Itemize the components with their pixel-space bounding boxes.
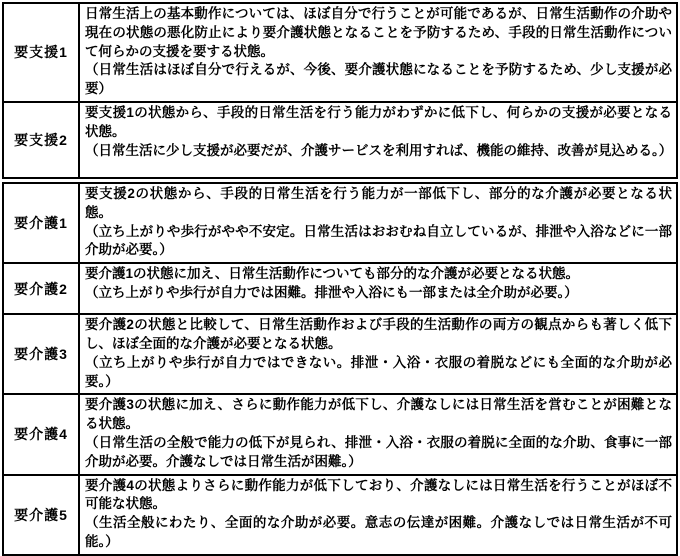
level-label: 要介護4 [4, 395, 80, 473]
level-label: 要介護5 [4, 476, 80, 554]
level-note: （立ち上がりや歩行が自力ではできない。排泄・入浴・衣服の着脱などにも全面的な介助… [85, 354, 672, 392]
level-description: 要支援1の状態から、手段的日常生活を行う能力がわずかに低下し、何らかの支援が必要… [85, 104, 672, 142]
level-note: （日常生活に少し支援が必要だが、介護サービスを利用すれば、機能の維持、改善が見込… [85, 142, 672, 161]
level-label: 要介護3 [4, 315, 80, 393]
level-label: 要介護1 [4, 184, 80, 262]
level-description-cell: 要介護3の状態に加え、さらに動作能力が低下し、介護なしには日常生活を営むことが困… [80, 395, 676, 473]
level-description: 要支援2の状態から、手段的日常生活を行う能力が一部低下し、部分的な介護が必要とな… [85, 185, 672, 223]
level-description-cell: 要介護2の状態と比較して、日常生活動作および手段的生活動作の両方の観点からも著し… [80, 315, 676, 393]
level-note: （生活全般にわたり、全面的な介助が必要。意志の伝達が困難。介護なしでは日常生活が… [85, 514, 672, 552]
level-description: 要介護2の状態と比較して、日常生活動作および手段的生活動作の両方の観点からも著し… [85, 316, 672, 354]
level-description-cell: 要介護4の状態よりさらに動作能力が低下しており、介護なしには日常生活を行うことが… [80, 476, 676, 554]
table-row: 要支援1 日常生活上の基本動作については、ほぼ自分で行うことが可能であるが、日常… [4, 4, 676, 101]
level-description: 日常生活上の基本動作については、ほぼ自分で行うことが可能であるが、日常生活動作の… [85, 5, 672, 61]
care-level-section: 要介護1 要支援2の状態から、手段的日常生活を行う能力が一部低下し、部分的な介護… [2, 182, 678, 556]
care-level-table-page: 要支援1 日常生活上の基本動作については、ほぼ自分で行うことが可能であるが、日常… [2, 2, 678, 556]
level-description-cell: 日常生活上の基本動作については、ほぼ自分で行うことが可能であるが、日常生活動作の… [80, 4, 676, 101]
level-description: 要介護3の状態に加え、さらに動作能力が低下し、介護なしには日常生活を営むことが困… [85, 396, 672, 434]
table-row: 要介護2 要介護1の状態に加え、日常生活動作についても部分的な介護が必要となる状… [4, 262, 676, 313]
table-row: 要介護1 要支援2の状態から、手段的日常生活を行う能力が一部低下し、部分的な介護… [4, 184, 676, 262]
table-row: 要支援2 要支援1の状態から、手段的日常生活を行う能力がわずかに低下し、何らかの… [4, 101, 676, 177]
level-label: 要支援2 [4, 103, 80, 177]
level-description-cell: 要支援2の状態から、手段的日常生活を行う能力が一部低下し、部分的な介護が必要とな… [80, 184, 676, 262]
table-row: 要介護4 要介護3の状態に加え、さらに動作能力が低下し、介護なしには日常生活を営… [4, 393, 676, 473]
level-description: 要介護1の状態に加え、日常生活動作についても部分的な介護が必要となる状態。 [85, 265, 672, 284]
support-level-section: 要支援1 日常生活上の基本動作については、ほぼ自分で行うことが可能であるが、日常… [2, 2, 678, 179]
table-row: 要介護3 要介護2の状態と比較して、日常生活動作および手段的生活動作の両方の観点… [4, 313, 676, 393]
table-row: 要介護5 要介護4の状態よりさらに動作能力が低下しており、介護なしには日常生活を… [4, 474, 676, 554]
level-description-cell: 要介護1の状態に加え、日常生活動作についても部分的な介護が必要となる状態。 （立… [80, 264, 676, 313]
level-label: 要支援1 [4, 4, 80, 101]
level-description: 要介護4の状態よりさらに動作能力が低下しており、介護なしには日常生活を行うことが… [85, 477, 672, 515]
level-note: （立ち上がりや歩行がやや不安定。日常生活はおおむね自立しているが、排泄や入浴など… [85, 223, 672, 261]
level-note: （立ち上がりや歩行が自力では困難。排泄や入浴にも一部または全介助が必要。） [85, 284, 672, 303]
level-description-cell: 要支援1の状態から、手段的日常生活を行う能力がわずかに低下し、何らかの支援が必要… [80, 103, 676, 177]
level-label: 要介護2 [4, 264, 80, 313]
level-note: （日常生活はほぼ自分で行えるが、今後、要介護状態になることを予防するため、少し支… [85, 61, 672, 99]
level-note: （日常生活の全般で能力の低下が見られ、排泄・入浴・衣服の着脱に全面的な介助、食事… [85, 434, 672, 472]
